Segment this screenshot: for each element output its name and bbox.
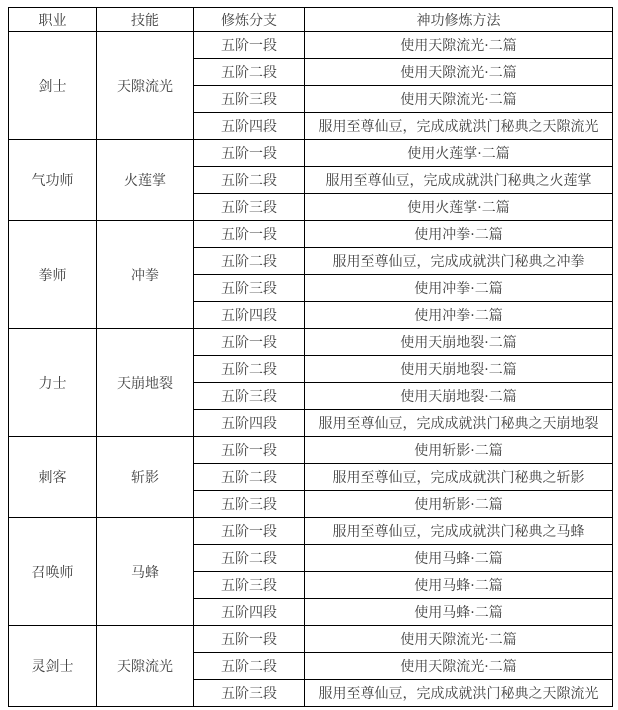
branch-cell: 五阶三段 — [194, 275, 305, 302]
branch-cell: 五阶一段 — [194, 329, 305, 356]
branch-cell: 五阶三段 — [194, 383, 305, 410]
table-row: 刺客斩影五阶一段使用斩影·二篇 — [9, 437, 613, 464]
method-cell: 使用天隙流光·二篇 — [305, 86, 613, 113]
branch-cell: 五阶四段 — [194, 410, 305, 437]
header-row: 职业 技能 修炼分支 神功修炼方法 — [9, 8, 613, 32]
branch-cell: 五阶三段 — [194, 680, 305, 707]
table-row: 力士天崩地裂五阶一段使用天崩地裂·二篇 — [9, 329, 613, 356]
method-cell: 使用天隙流光·二篇 — [305, 653, 613, 680]
table-header: 职业 技能 修炼分支 神功修炼方法 — [9, 8, 613, 32]
table-row: 气功师火莲掌五阶一段使用火莲掌·二篇 — [9, 140, 613, 167]
table-row: 召唤师马蜂五阶一段服用至尊仙豆，完成成就洪门秘典之马蜂 — [9, 518, 613, 545]
branch-cell: 五阶二段 — [194, 464, 305, 491]
skill-cell: 斩影 — [97, 437, 194, 518]
branch-cell: 五阶一段 — [194, 140, 305, 167]
skill-cell: 天崩地裂 — [97, 329, 194, 437]
header-method: 神功修炼方法 — [305, 8, 613, 32]
method-cell: 使用冲拳·二篇 — [305, 221, 613, 248]
skill-cell: 冲拳 — [97, 221, 194, 329]
branch-cell: 五阶三段 — [194, 491, 305, 518]
skill-training-table: 职业 技能 修炼分支 神功修炼方法 剑士天隙流光五阶一段使用天隙流光·二篇五阶二… — [8, 7, 613, 707]
method-cell: 使用天崩地裂·二篇 — [305, 383, 613, 410]
method-cell: 使用火莲掌·二篇 — [305, 140, 613, 167]
skill-cell: 马蜂 — [97, 518, 194, 626]
method-cell: 使用马蜂·二篇 — [305, 545, 613, 572]
method-cell: 使用马蜂·二篇 — [305, 572, 613, 599]
method-cell: 服用至尊仙豆，完成成就洪门秘典之斩影 — [305, 464, 613, 491]
method-cell: 使用冲拳·二篇 — [305, 275, 613, 302]
method-cell: 服用至尊仙豆，完成成就洪门秘典之天崩地裂 — [305, 410, 613, 437]
method-cell: 使用斩影·二篇 — [305, 491, 613, 518]
branch-cell: 五阶四段 — [194, 113, 305, 140]
branch-cell: 五阶一段 — [194, 32, 305, 59]
branch-cell: 五阶一段 — [194, 221, 305, 248]
method-cell: 服用至尊仙豆，完成成就洪门秘典之冲拳 — [305, 248, 613, 275]
profession-cell: 气功师 — [9, 140, 97, 221]
method-cell: 使用冲拳·二篇 — [305, 302, 613, 329]
branch-cell: 五阶四段 — [194, 302, 305, 329]
branch-cell: 五阶二段 — [194, 545, 305, 572]
profession-cell: 召唤师 — [9, 518, 97, 626]
branch-cell: 五阶二段 — [194, 248, 305, 275]
page: 职业 技能 修炼分支 神功修炼方法 剑士天隙流光五阶一段使用天隙流光·二篇五阶二… — [0, 0, 618, 710]
skill-cell: 火莲掌 — [97, 140, 194, 221]
branch-cell: 五阶一段 — [194, 518, 305, 545]
method-cell: 使用斩影·二篇 — [305, 437, 613, 464]
method-cell: 服用至尊仙豆，完成成就洪门秘典之马蜂 — [305, 518, 613, 545]
branch-cell: 五阶二段 — [194, 356, 305, 383]
method-cell: 使用马蜂·二篇 — [305, 599, 613, 626]
method-cell: 服用至尊仙豆，完成成就洪门秘典之天隙流光 — [305, 680, 613, 707]
profession-cell: 剑士 — [9, 32, 97, 140]
method-cell: 使用天隙流光·二篇 — [305, 32, 613, 59]
header-skill: 技能 — [97, 8, 194, 32]
method-cell: 使用火莲掌·二篇 — [305, 194, 613, 221]
table-row: 灵剑士天隙流光五阶一段使用天隙流光·二篇 — [9, 626, 613, 653]
skill-cell: 天隙流光 — [97, 32, 194, 140]
branch-cell: 五阶一段 — [194, 437, 305, 464]
method-cell: 使用天隙流光·二篇 — [305, 59, 613, 86]
branch-cell: 五阶三段 — [194, 572, 305, 599]
skill-cell: 天隙流光 — [97, 626, 194, 707]
branch-cell: 五阶三段 — [194, 86, 305, 113]
profession-cell: 拳师 — [9, 221, 97, 329]
branch-cell: 五阶二段 — [194, 59, 305, 86]
profession-cell: 力士 — [9, 329, 97, 437]
profession-cell: 灵剑士 — [9, 626, 97, 707]
header-profession: 职业 — [9, 8, 97, 32]
table-row: 拳师冲拳五阶一段使用冲拳·二篇 — [9, 221, 613, 248]
method-cell: 使用天隙流光·二篇 — [305, 626, 613, 653]
branch-cell: 五阶三段 — [194, 194, 305, 221]
branch-cell: 五阶二段 — [194, 167, 305, 194]
table-body: 剑士天隙流光五阶一段使用天隙流光·二篇五阶二段使用天隙流光·二篇五阶三段使用天隙… — [9, 32, 613, 707]
branch-cell: 五阶二段 — [194, 653, 305, 680]
profession-cell: 刺客 — [9, 437, 97, 518]
method-cell: 服用至尊仙豆，完成成就洪门秘典之天隙流光 — [305, 113, 613, 140]
method-cell: 使用天崩地裂·二篇 — [305, 356, 613, 383]
method-cell: 使用天崩地裂·二篇 — [305, 329, 613, 356]
method-cell: 服用至尊仙豆，完成成就洪门秘典之火莲掌 — [305, 167, 613, 194]
branch-cell: 五阶四段 — [194, 599, 305, 626]
table-row: 剑士天隙流光五阶一段使用天隙流光·二篇 — [9, 32, 613, 59]
branch-cell: 五阶一段 — [194, 626, 305, 653]
header-branch: 修炼分支 — [194, 8, 305, 32]
